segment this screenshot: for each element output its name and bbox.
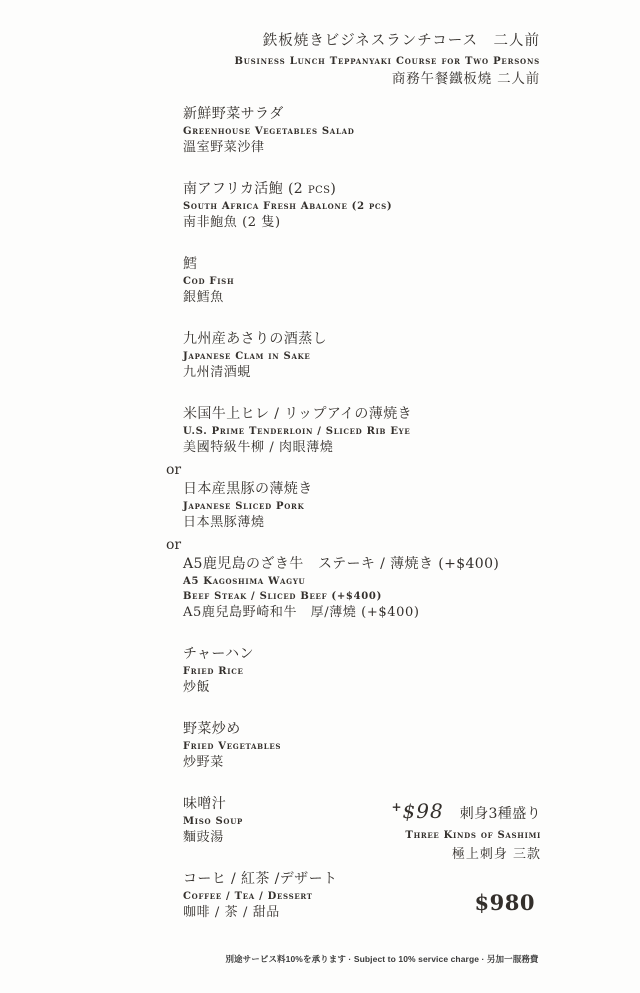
plus-sign: + bbox=[391, 800, 401, 814]
menu-item-abalone: 南アフリカ活鮑 (2 pcs) South Africa Fresh Abalo… bbox=[183, 179, 563, 232]
or-separator: or bbox=[166, 461, 563, 479]
item-name-chinese: 炒野菜 bbox=[183, 754, 563, 772]
item-name-english: Cod Fish bbox=[183, 274, 563, 289]
item-name-english: South Africa Fresh Abalone (2 pcs) bbox=[183, 199, 563, 214]
header-title-english: Business Lunch Teppanyaki Course for Two… bbox=[235, 54, 540, 69]
item-name-english: A5 Kagoshima Wagyu bbox=[183, 574, 563, 589]
menu-item-kagoshima-wagyu: A5鹿児島のざき牛 ステーキ / 薄焼き (+$400) A5 Kagoshim… bbox=[183, 554, 563, 622]
menu-header: 鉄板焼きビジネスランチコース 二人前 Business Lunch Teppan… bbox=[235, 30, 540, 89]
menu-item-clam-in-sake: 九州産あさりの酒蒸し Japanese Clam in Sake 九州清酒蜆 bbox=[183, 329, 563, 382]
sashimi-addon-offer: +$98刺身3種盛り Three Kinds of Sashimi 極上刺身 三… bbox=[391, 794, 541, 864]
menu-item-fried-vegetables: 野菜炒め Fried Vegetables 炒野菜 bbox=[183, 719, 563, 772]
header-title-japanese: 鉄板焼きビジネスランチコース 二人前 bbox=[235, 30, 540, 52]
item-name-japanese: 野菜炒め bbox=[183, 719, 563, 739]
menu-item-cod-fish: 鱈 Cod Fish 銀鱈魚 bbox=[183, 254, 563, 307]
menu-item-fried-rice: チャーハン Fried Rice 炒飯 bbox=[183, 644, 563, 697]
service-charge-note: 別途サービス料10%を承ります · Subject to 10% service… bbox=[0, 953, 640, 965]
menu-item-us-beef: 米国牛上ヒレ / リップアイの薄焼き U.S. Prime Tenderloin… bbox=[183, 404, 563, 457]
item-name-japanese: チャーハン bbox=[183, 644, 563, 664]
item-name-english: Fried Rice bbox=[183, 664, 563, 679]
menu-item-salad: 新鮮野菜サラダ Greenhouse Vegetables Salad 溫室野菜… bbox=[183, 104, 563, 157]
item-name-english: U.S. Prime Tenderloin / Sliced Rib Eye bbox=[183, 424, 563, 439]
item-name-chinese: A5鹿兒島野崎和牛 厚/薄燒 (+$400) bbox=[183, 604, 563, 622]
item-name-chinese: 炒飯 bbox=[183, 679, 563, 697]
item-name-chinese: 溫室野菜沙律 bbox=[183, 139, 563, 157]
item-name-english: Fried Vegetables bbox=[183, 739, 563, 754]
item-name-japanese: A5鹿児島のざき牛 ステーキ / 薄焼き (+$400) bbox=[183, 554, 563, 574]
item-name-english: Japanese Clam in Sake bbox=[183, 349, 563, 364]
sashimi-name-english: Three Kinds of Sashimi bbox=[391, 828, 541, 843]
or-separator: or bbox=[166, 536, 563, 554]
item-name-english-line2: Beef Steak / Sliced Beef (+$400) bbox=[183, 589, 563, 604]
menu-item-japanese-pork: 日本産黒豚の薄焼き Japanese Sliced Pork 日本黑豚薄燒 bbox=[183, 479, 563, 532]
sashimi-name-chinese: 極上刺身 三款 bbox=[391, 846, 541, 864]
sashimi-name-japanese: 刺身3種盛り bbox=[460, 806, 541, 822]
item-name-chinese: 九州清酒蜆 bbox=[183, 364, 563, 382]
sashimi-addon-price: $98 bbox=[403, 799, 444, 823]
item-name-japanese: 鱈 bbox=[183, 254, 563, 274]
item-name-japanese: コーヒ / 紅茶 /デザート bbox=[183, 869, 563, 889]
item-name-chinese: 南非鮑魚 (2 隻) bbox=[183, 214, 563, 232]
item-name-japanese: 九州産あさりの酒蒸し bbox=[183, 329, 563, 349]
course-total-price: $980 bbox=[475, 890, 535, 916]
item-name-english: Japanese Sliced Pork bbox=[183, 499, 563, 514]
item-name-japanese: 南アフリカ活鮑 (2 pcs) bbox=[183, 179, 563, 199]
sashimi-price-line: +$98刺身3種盛り bbox=[391, 794, 541, 827]
item-name-japanese: 新鮮野菜サラダ bbox=[183, 104, 563, 124]
item-name-japanese: 米国牛上ヒレ / リップアイの薄焼き bbox=[183, 404, 563, 424]
header-title-chinese: 商務午餐鐵板燒 二人前 bbox=[235, 70, 540, 89]
item-name-chinese: 日本黑豚薄燒 bbox=[183, 514, 563, 532]
item-name-chinese: 美國特級牛柳 / 肉眼薄燒 bbox=[183, 439, 563, 457]
item-name-chinese: 銀鱈魚 bbox=[183, 289, 563, 307]
item-name-english: Greenhouse Vegetables Salad bbox=[183, 124, 563, 139]
teppanyaki-lunch-menu-page: 鉄板焼きビジネスランチコース 二人前 Business Lunch Teppan… bbox=[0, 0, 640, 993]
item-name-japanese: 日本産黒豚の薄焼き bbox=[183, 479, 563, 499]
